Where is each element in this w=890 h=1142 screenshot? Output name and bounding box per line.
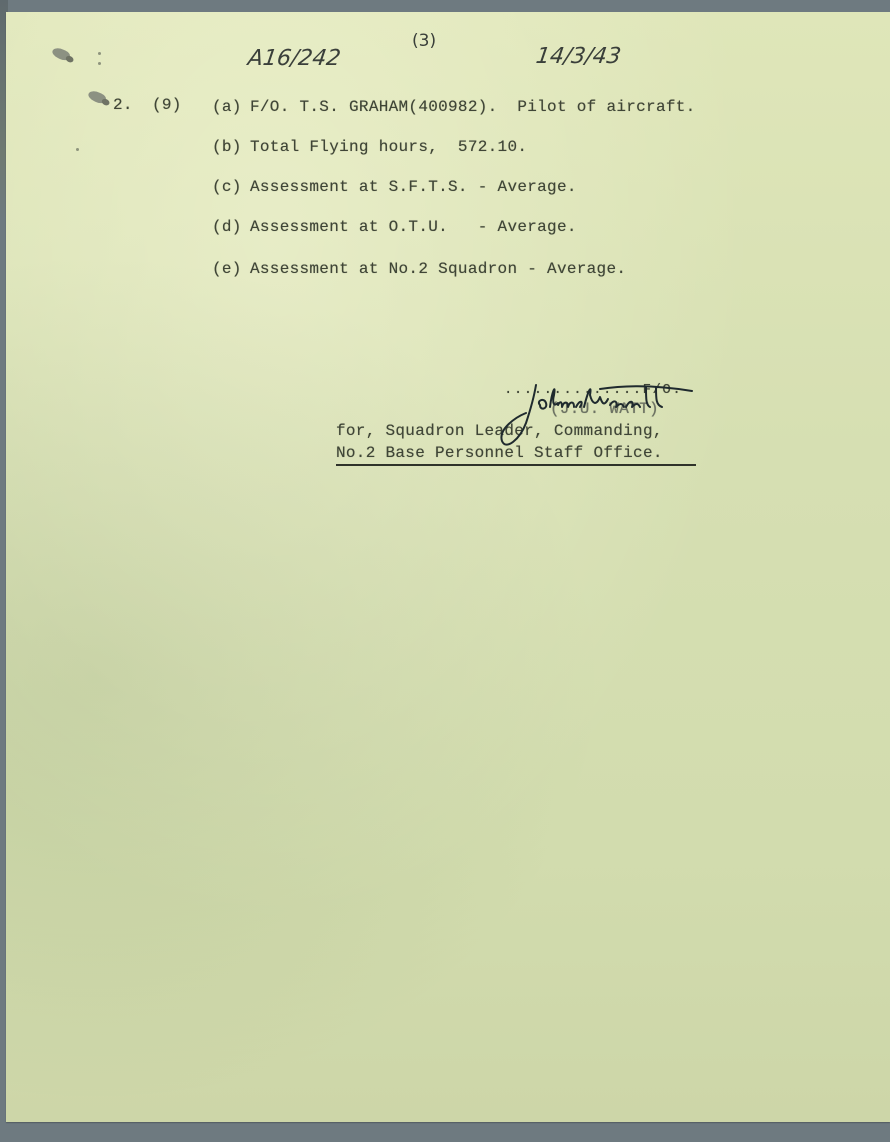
handwritten-signature [496, 377, 706, 457]
item-d-label: (d) [212, 218, 242, 236]
document-page: A16/242 (3) 14/3/43 2. (9) (a) F/O. T.S.… [6, 12, 890, 1122]
section-number: 2. [113, 96, 133, 114]
file-reference: A16/242 [246, 46, 342, 71]
speck [76, 148, 79, 151]
page-number: (3) [412, 31, 436, 51]
item-e-label: (e) [212, 260, 242, 278]
item-e-text: Assessment at No.2 Squadron - Average. [250, 260, 626, 278]
item-d-text: Assessment at O.T.U. - Average. [250, 218, 577, 236]
speck [98, 62, 101, 65]
item-a-label: (a) [212, 98, 242, 116]
item-b-text: Total Flying hours, 572.10. [250, 138, 527, 156]
document-date: 14/3/43 [534, 44, 622, 69]
item-b-label: (b) [212, 138, 242, 156]
item-a-text: F/O. T.S. GRAHAM(400982). Pilot of aircr… [250, 98, 696, 116]
office-underline [336, 464, 696, 466]
item-c-text: Assessment at S.F.T.S. - Average. [250, 178, 577, 196]
speck [98, 52, 101, 55]
punch-hole-top [51, 46, 72, 63]
punch-hole-middle [87, 89, 108, 106]
item-c-label: (c) [212, 178, 242, 196]
question-number: (9) [152, 96, 182, 114]
